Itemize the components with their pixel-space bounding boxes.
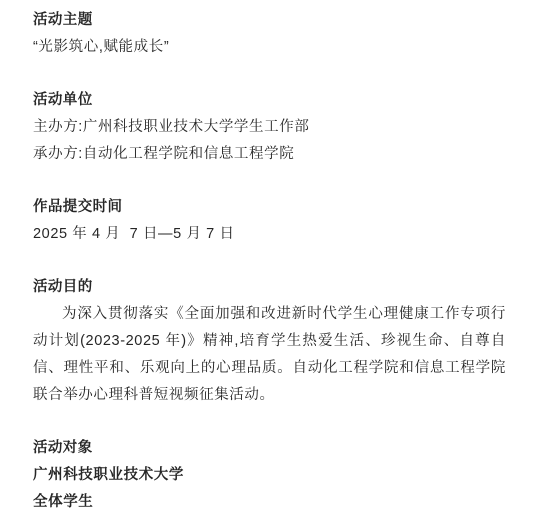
- section-line: 全体学生: [33, 489, 506, 516]
- section-line: 承办方:自动化工程学院和信息工程学院: [33, 141, 506, 168]
- section-line: 主办方:广州科技职业技术大学学生工作部: [33, 114, 506, 141]
- section-line: 2025 年 4 月 7 日—5 月 7 日: [33, 221, 506, 248]
- doc-section: 作品提交时间 2025 年 4 月 7 日—5 月 7 日: [33, 194, 506, 248]
- document-body: 活动主题 “光影筑心,赋能成长” 活动单位 主办方:广州科技职业技术大学学生工作…: [33, 7, 506, 516]
- section-line: 广州科技职业技术大学: [33, 462, 506, 489]
- doc-section: 活动单位 主办方:广州科技职业技术大学学生工作部承办方:自动化工程学院和信息工程…: [33, 87, 506, 168]
- document-page: 活动主题 “光影筑心,赋能成长” 活动单位 主办方:广州科技职业技术大学学生工作…: [0, 0, 539, 516]
- section-heading: 活动目的: [33, 274, 506, 301]
- doc-section: 活动主题 “光影筑心,赋能成长”: [33, 7, 506, 61]
- doc-section: 活动目的 为深入贯彻落实《全面加强和改进新时代学生心理健康工作专项行动计划(20…: [33, 274, 506, 409]
- section-heading: 作品提交时间: [33, 194, 506, 221]
- section-heading: 活动主题: [33, 7, 506, 34]
- doc-section: 活动对象 广州科技职业技术大学全体学生: [33, 435, 506, 516]
- section-heading: 活动单位: [33, 87, 506, 114]
- section-line: “光影筑心,赋能成长”: [33, 34, 506, 61]
- section-paragraph: 为深入贯彻落实《全面加强和改进新时代学生心理健康工作专项行动计划(2023-20…: [33, 301, 506, 409]
- section-heading: 活动对象: [33, 435, 506, 462]
